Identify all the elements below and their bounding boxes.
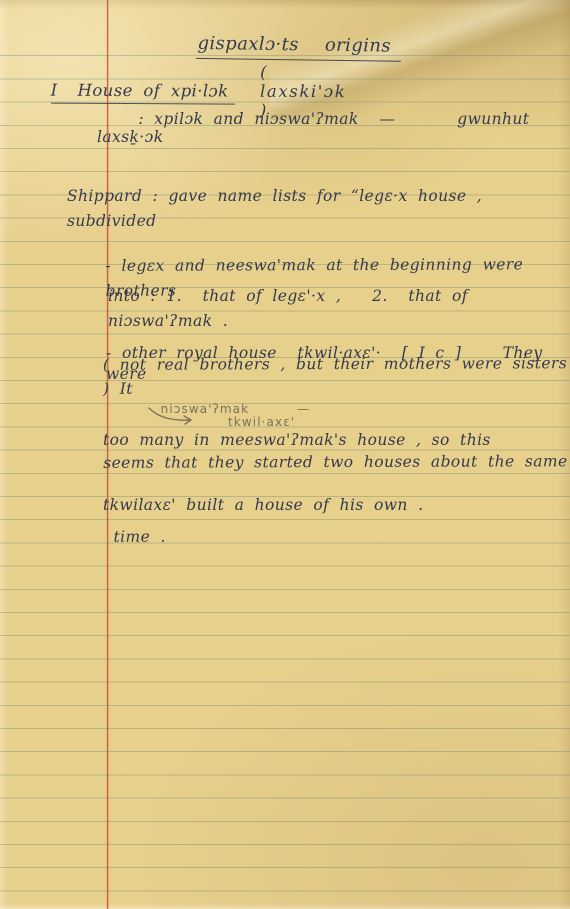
- handwritten-line: - legɛx and neeswa'mak at the beginning …: [105, 252, 569, 303]
- notebook-page: gispaxlɔ·tsorigins IHouse of xpi·lɔk ( l…: [0, 0, 570, 909]
- section-numeral: I: [51, 81, 58, 100]
- pencil-note-dash: —: [297, 402, 310, 416]
- pencil-annotation: niɔswa'ʔmak— tkwil·axɛ': [133, 388, 353, 436]
- handwritten-line: tkwilaxɛ' built a house of his own .: [103, 495, 570, 517]
- subheading-part-1: : xpilɔk and niɔswa'ʔmak —: [138, 110, 395, 128]
- arrow-down-right-icon: [147, 406, 199, 426]
- note-title-underline: gispaxlɔ·tsorigins: [195, 33, 401, 62]
- note-title-word-1: gispaxlɔ·ts: [197, 33, 299, 55]
- handwritten-line: - other royal house tkwil·axɛ'· [ I c ] …: [106, 343, 570, 387]
- note-title-word-2: origins: [325, 35, 391, 57]
- pencil-note-to: tkwil·axɛ': [228, 415, 295, 429]
